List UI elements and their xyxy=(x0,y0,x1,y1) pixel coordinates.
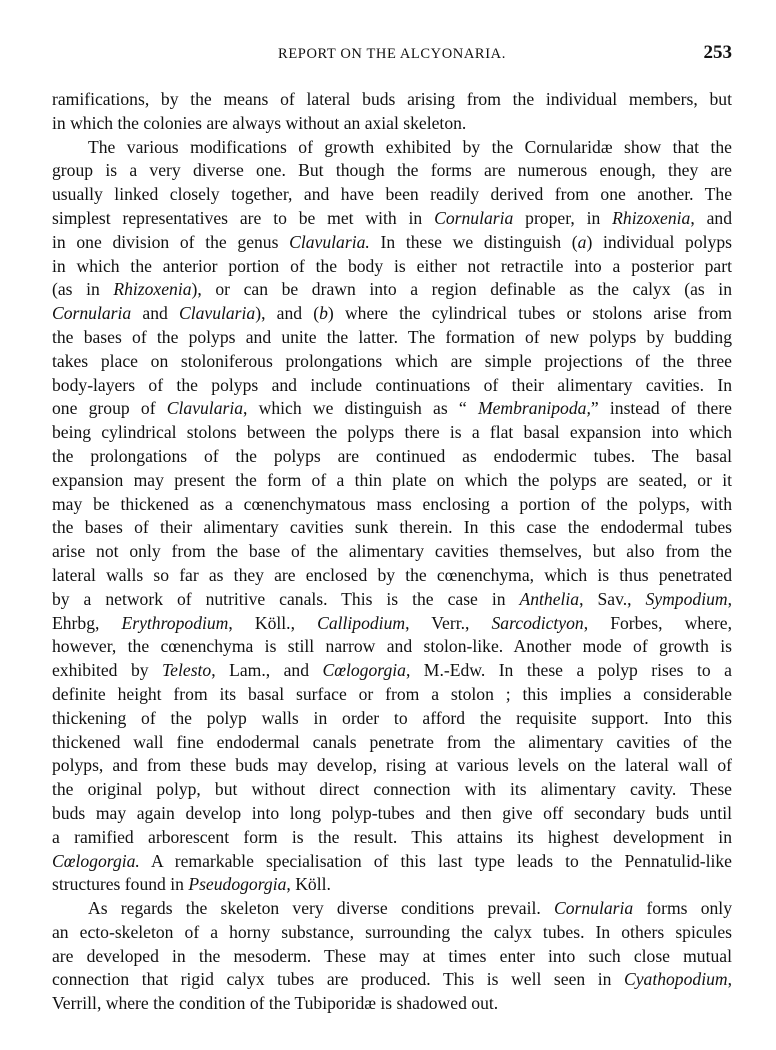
text-span: (as in xyxy=(52,279,113,299)
text-line: thickening of the polyp walls in order t… xyxy=(52,707,732,731)
text-line: the prolongations of the polyps are cont… xyxy=(52,445,732,469)
text-span: the original polyp, but without direct c… xyxy=(52,779,732,799)
text-line: Verrill, where the condition of the Tubi… xyxy=(52,992,732,1016)
italic-term: Cœlogorgia xyxy=(323,660,406,680)
text-span: body-layers of the polyps and include co… xyxy=(52,375,732,395)
italic-term: Clavularia. xyxy=(289,232,370,252)
text-span: connection that rigid calyx tubes are pr… xyxy=(52,969,624,989)
text-line: structures found in Pseudogorgia, Köll. xyxy=(52,873,732,897)
running-title: REPORT ON THE ALCYONARIA. xyxy=(52,46,732,63)
text-span: , Lam., and xyxy=(211,660,322,680)
text-span: being cylindrical stolons between the po… xyxy=(52,422,732,442)
text-span: ), and ( xyxy=(255,303,319,323)
italic-term: Cœlogorgia. xyxy=(52,851,140,871)
text-span: Verrill, where the condition of the Tubi… xyxy=(52,993,498,1013)
text-span: exhibited by xyxy=(52,660,162,680)
text-line: (as in Rhizoxenia), or can be drawn into… xyxy=(52,278,732,302)
text-line: connection that rigid calyx tubes are pr… xyxy=(52,968,732,992)
text-line: the bases of their alimentary cavities s… xyxy=(52,516,732,540)
text-line: one group of Clavularia, which we distin… xyxy=(52,397,732,421)
text-line: thickened wall fine endodermal canals pe… xyxy=(52,731,732,755)
text-line: Ehrbg, Erythropodium, Köll., Callipodium… xyxy=(52,612,732,636)
text-span: lateral walls so far as they are enclose… xyxy=(52,565,732,585)
text-span: takes place on stoloniferous prolongatio… xyxy=(52,351,732,371)
text-span: expansion may present the form of a thin… xyxy=(52,470,732,490)
text-span: buds may again develop into long polyp-t… xyxy=(52,803,732,823)
text-span: in one division of the genus xyxy=(52,232,289,252)
text-span: In these we distinguish ( xyxy=(370,232,578,252)
text-span: proper, in xyxy=(513,208,612,228)
text-span: Ehrbg, xyxy=(52,613,122,633)
text-line: takes place on stoloniferous prolongatio… xyxy=(52,350,732,374)
italic-term: Pseudogorgia xyxy=(188,874,286,894)
italic-term: Cornularia xyxy=(52,303,131,323)
text-span: the bases of the polyps and unite the la… xyxy=(52,327,732,347)
text-span: polyps, and from these buds may develop,… xyxy=(52,755,732,775)
text-span: the bases of their alimentary cavities s… xyxy=(52,517,732,537)
text-span: definite height from its basal surface o… xyxy=(52,684,732,704)
text-line: As regards the skeleton very diverse con… xyxy=(52,897,732,921)
text-span: usually linked closely together, and hav… xyxy=(52,184,732,204)
italic-term: Callipodium xyxy=(317,613,405,633)
text-line: polyps, and from these buds may develop,… xyxy=(52,754,732,778)
paragraph: ramifications, by the means of lateral b… xyxy=(52,88,732,136)
text-line: arise not only from the base of the alim… xyxy=(52,540,732,564)
text-span: forms only xyxy=(633,898,732,918)
text-span: arise not only from the base of the alim… xyxy=(52,541,732,561)
italic-term: Sympodium xyxy=(646,589,728,609)
text-line: however, the cœnenchyma is still narrow … xyxy=(52,635,732,659)
text-line: the original polyp, but without direct c… xyxy=(52,778,732,802)
text-line: are developed in the mesoderm. These may… xyxy=(52,945,732,969)
italic-term: Sarcodictyon xyxy=(492,613,584,633)
italic-term: Telesto xyxy=(162,660,211,680)
text-span: group is a very diverse one. But though … xyxy=(52,160,732,180)
text-line: expansion may present the form of a thin… xyxy=(52,469,732,493)
text-span: , Köll., xyxy=(228,613,317,633)
text-span: in which the anterior portion of the bod… xyxy=(52,256,732,276)
text-line: in one division of the genus Clavularia.… xyxy=(52,231,732,255)
text-span: the prolongations of the polyps are cont… xyxy=(52,446,732,466)
page-header: REPORT ON THE ALCYONARIA. 253 xyxy=(52,42,732,66)
text-span: and xyxy=(131,303,179,323)
text-span: A remarkable specialisation of this last… xyxy=(140,851,732,871)
italic-term: Rhizoxenia xyxy=(612,208,690,228)
text-span: ) individual polyps xyxy=(586,232,732,252)
italic-term: Cyathopodium xyxy=(624,969,728,989)
text-span: , Forbes, where, xyxy=(584,613,732,633)
paragraph: The various modifications of growth exhi… xyxy=(52,136,732,898)
text-span: , Köll. xyxy=(286,874,330,894)
text-span: As regards the skeleton very diverse con… xyxy=(88,898,554,918)
italic-term: Cornularia xyxy=(554,898,633,918)
text-span: by a network of nutritive canals. This i… xyxy=(52,589,519,609)
text-span: ramifications, by the means of lateral b… xyxy=(52,89,732,109)
text-line: being cylindrical stolons between the po… xyxy=(52,421,732,445)
text-span: however, the cœnenchyma is still narrow … xyxy=(52,636,732,656)
text-line: a ramified arborescent form is the resul… xyxy=(52,826,732,850)
text-line: an ecto-skeleton of a horny substance, s… xyxy=(52,921,732,945)
text-span: , xyxy=(728,589,732,609)
paragraph: As regards the skeleton very diverse con… xyxy=(52,897,732,1016)
text-span: , Sav., xyxy=(579,589,645,609)
italic-term: Clavularia xyxy=(167,398,243,418)
page-number: 253 xyxy=(704,42,733,64)
text-span: in which the colonies are always without… xyxy=(52,113,466,133)
text-line: Cornularia and Clavularia), and (b) wher… xyxy=(52,302,732,326)
text-span: thickened wall fine endodermal canals pe… xyxy=(52,732,732,752)
italic-term: Anthelia xyxy=(519,589,579,609)
text-span: one group of xyxy=(52,398,167,418)
text-line: The various modifications of growth exhi… xyxy=(52,136,732,160)
text-line: lateral walls so far as they are enclose… xyxy=(52,564,732,588)
text-span: simplest representatives are to be met w… xyxy=(52,208,434,228)
italic-term: Cornularia xyxy=(434,208,513,228)
text-line: group is a very diverse one. But though … xyxy=(52,159,732,183)
text-span: , and xyxy=(690,208,732,228)
text-line: in which the colonies are always without… xyxy=(52,112,732,136)
italic-term: Membranipoda, xyxy=(478,398,591,418)
text-line: by a network of nutritive canals. This i… xyxy=(52,588,732,612)
text-line: may be thickened as a cœnenchymatous mas… xyxy=(52,493,732,517)
text-span: may be thickened as a cœnenchymatous mas… xyxy=(52,494,732,514)
text-span: a ramified arborescent form is the resul… xyxy=(52,827,732,847)
text-span: an ecto-skeleton of a horny substance, s… xyxy=(52,922,732,942)
italic-term: Clavularia xyxy=(179,303,255,323)
text-line: definite height from its basal surface o… xyxy=(52,683,732,707)
text-line: in which the anterior portion of the bod… xyxy=(52,255,732,279)
italic-term: Erythropodium xyxy=(122,613,229,633)
text-line: Cœlogorgia. A remarkable specialisation … xyxy=(52,850,732,874)
text-line: ramifications, by the means of lateral b… xyxy=(52,88,732,112)
text-line: exhibited by Telesto, Lam., and Cœlogorg… xyxy=(52,659,732,683)
text-line: the bases of the polyps and unite the la… xyxy=(52,326,732,350)
text-line: usually linked closely together, and hav… xyxy=(52,183,732,207)
text-span: ) where the cylindrical tubes or stolons… xyxy=(328,303,732,323)
italic-term: b xyxy=(319,303,328,323)
italic-term: Rhizoxenia xyxy=(113,279,191,299)
text-span: , Verr., xyxy=(405,613,491,633)
text-span: The various modifications of growth exhi… xyxy=(88,137,732,157)
body-text: ramifications, by the means of lateral b… xyxy=(52,88,732,1016)
text-span: structures found in xyxy=(52,874,188,894)
text-span: thickening of the polyp walls in order t… xyxy=(52,708,732,728)
text-line: body-layers of the polyps and include co… xyxy=(52,374,732,398)
text-span: , M.-Edw. In these a polyp rises to a xyxy=(406,660,732,680)
text-span: ), or can be drawn into a region definab… xyxy=(192,279,732,299)
text-span: , which we distinguish as “ xyxy=(243,398,478,418)
text-line: buds may again develop into long polyp-t… xyxy=(52,802,732,826)
text-line: simplest representatives are to be met w… xyxy=(52,207,732,231)
text-span: ” instead of there xyxy=(591,398,732,418)
text-span: are developed in the mesoderm. These may… xyxy=(52,946,732,966)
text-span: , xyxy=(728,969,732,989)
